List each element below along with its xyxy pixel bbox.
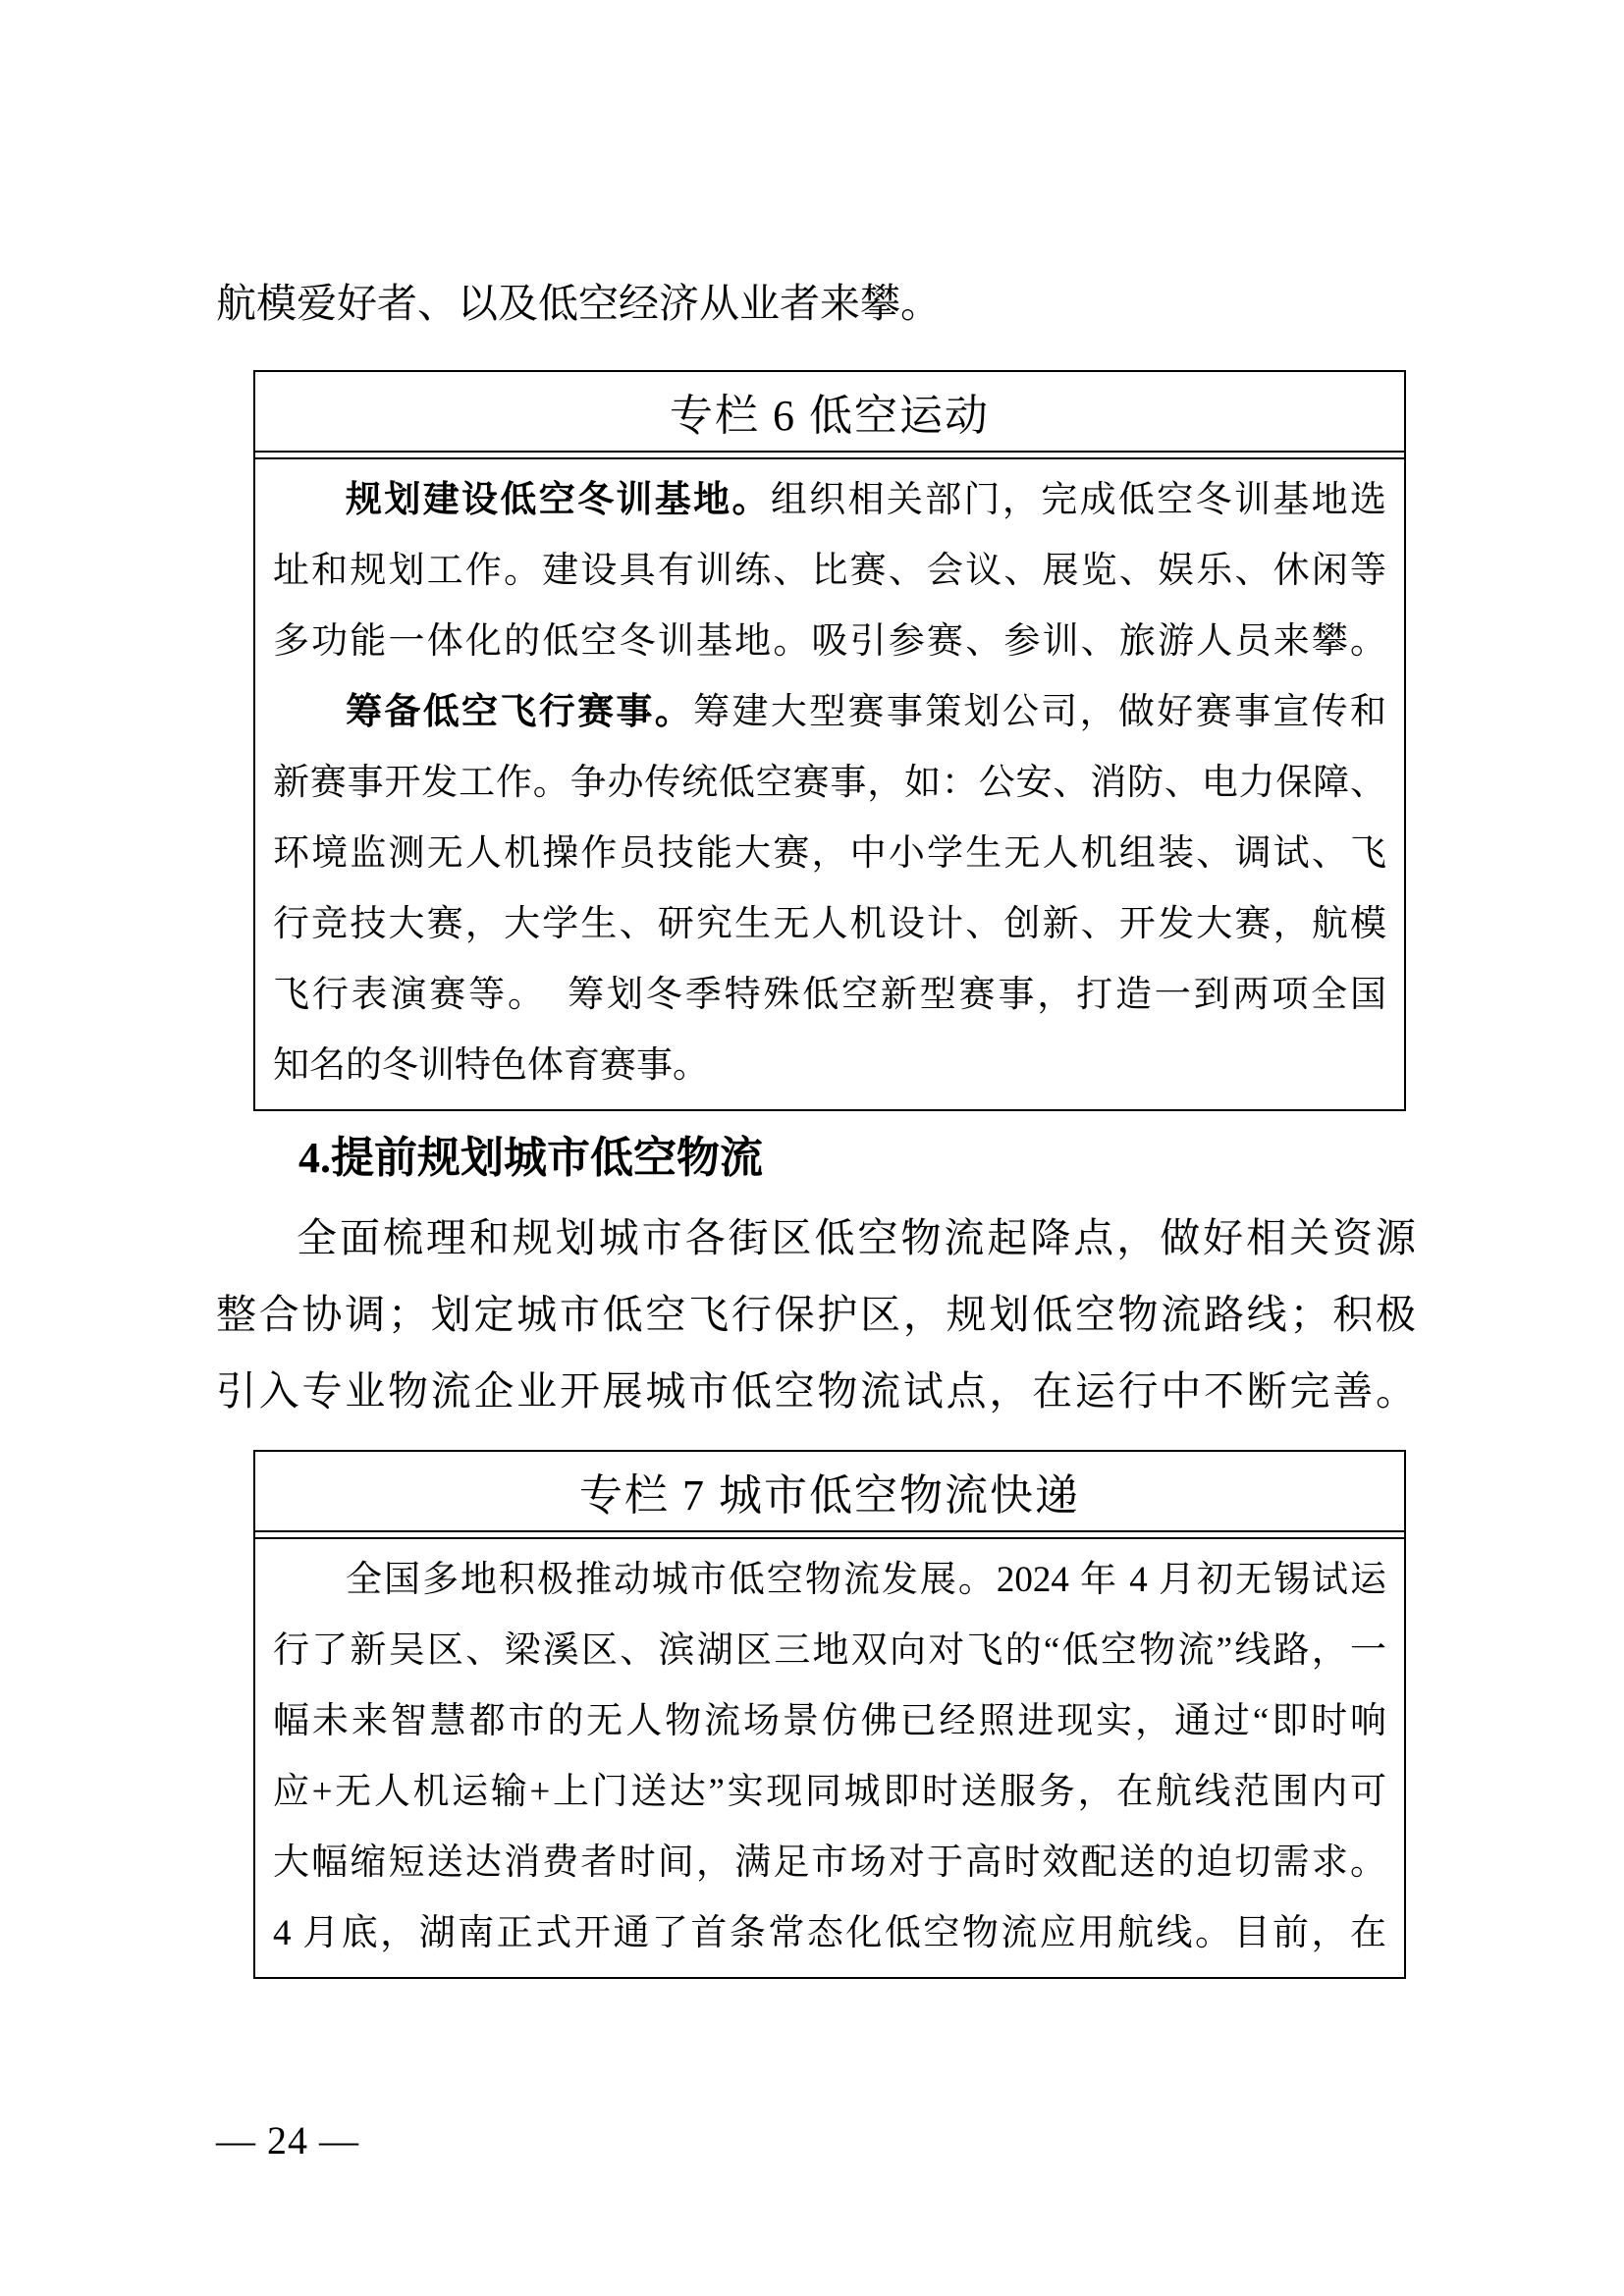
text-line: 知名的冬训特色体育赛事。	[273, 1031, 1386, 1101]
box-7-title: 专栏 7 城市低空物流快递	[255, 1452, 1404, 1532]
text-line: 规划建设低空冬训基地。组织相关部门，完成低空冬训基地选	[273, 465, 1386, 536]
page-number: — 24 —	[216, 2118, 359, 2163]
text-line: 址和规划工作。建设具有训练、比赛、会议、展览、娱乐、休闲等	[273, 536, 1386, 607]
body-paragraph: 全面梳理和规划城市各街区低空物流起降点，做好相关资源整合协调；划定城市低空飞行保…	[216, 1200, 1416, 1429]
line-rest-text: 筹建大型赛事策划公司，做好赛事宣传和	[693, 692, 1386, 732]
text-line: 大幅缩短送达消费者时间，满足市场对于高时效配送的迫切需求。	[273, 1828, 1386, 1898]
text-line: 全面梳理和规划城市各街区低空物流起降点，做好相关资源	[216, 1200, 1416, 1276]
document-page: 航模爱好者、以及低空经济从业者来攀。 专栏 6 低空运动 规划建设低空冬训基地。…	[0, 0, 1624, 2296]
text-line: 多功能一体化的低空冬训基地。吸引参赛、参训、旅游人员来攀。	[273, 607, 1386, 677]
text-line: 行竞技大赛，大学生、研究生无人机设计、创新、开发大赛，航模	[273, 889, 1386, 960]
box-6-para2-lines: 新赛事开发工作。争办传统低空赛事，如：公安、消防、电力保障、环境监测无人机操作员…	[273, 748, 1386, 1101]
box-6-title: 专栏 6 低空运动	[255, 372, 1404, 453]
box-6-para1-lines: 址和规划工作。建设具有训练、比赛、会议、展览、娱乐、休闲等多功能一体化的低空冬训…	[273, 536, 1386, 677]
line-rest-text: 组织相关部门，完成低空冬训基地选	[771, 480, 1386, 520]
text-line: 引入专业物流企业开展城市低空物流试点，在运行中不断完善。	[216, 1353, 1416, 1429]
bold-lead-text: 规划建设低空冬训基地。	[346, 480, 771, 520]
box-6-body: 规划建设低空冬训基地。组织相关部门，完成低空冬训基地选 址和规划工作。建设具有训…	[255, 457, 1404, 1109]
box-7-body: 全国多地积极推动城市低空物流发展。2024 年 4 月初无锡试运行了新吴区、梁溪…	[255, 1537, 1404, 1977]
callout-box-7: 专栏 7 城市低空物流快递 全国多地积极推动城市低空物流发展。2024 年 4 …	[253, 1450, 1406, 1979]
continuation-text: 航模爱好者、以及低空经济从业者来攀。	[216, 278, 1416, 329]
text-line: 4 月底，湖南正式开通了首条常态化低空物流应用航线。目前，在	[273, 1898, 1386, 1969]
bold-lead-text: 筹备低空飞行赛事。	[346, 692, 693, 732]
text-line: 新赛事开发工作。争办传统低空赛事，如：公安、消防、电力保障、	[273, 748, 1386, 819]
text-line: 幅未来智慧都市的无人物流场景仿佛已经照进现实，通过“即时响	[273, 1686, 1386, 1757]
text-line: 环境监测无人机操作员技能大赛，中小学生无人机组装、调试、飞	[273, 819, 1386, 889]
text-line: 行了新吴区、梁溪区、滨湖区三地双向对飞的“低空物流”线路，一	[273, 1616, 1386, 1686]
text-line: 应+无人机运输+上门送达”实现同城即时送服务，在航线范围内可	[273, 1757, 1386, 1828]
section-heading: 4.提前规划城市低空物流	[298, 1131, 763, 1186]
callout-box-6: 专栏 6 低空运动 规划建设低空冬训基地。组织相关部门，完成低空冬训基地选 址和…	[253, 370, 1406, 1111]
text-line: 整合协调；划定城市低空飞行保护区，规划低空物流路线；积极	[216, 1276, 1416, 1353]
text-line: 全国多地积极推动城市低空物流发展。2024 年 4 月初无锡试运	[273, 1545, 1386, 1616]
text-line: 筹备低空飞行赛事。筹建大型赛事策划公司，做好赛事宣传和	[273, 677, 1386, 748]
text-line: 飞行表演赛等。 筹划冬季特殊低空新型赛事，打造一到两项全国	[273, 960, 1386, 1031]
